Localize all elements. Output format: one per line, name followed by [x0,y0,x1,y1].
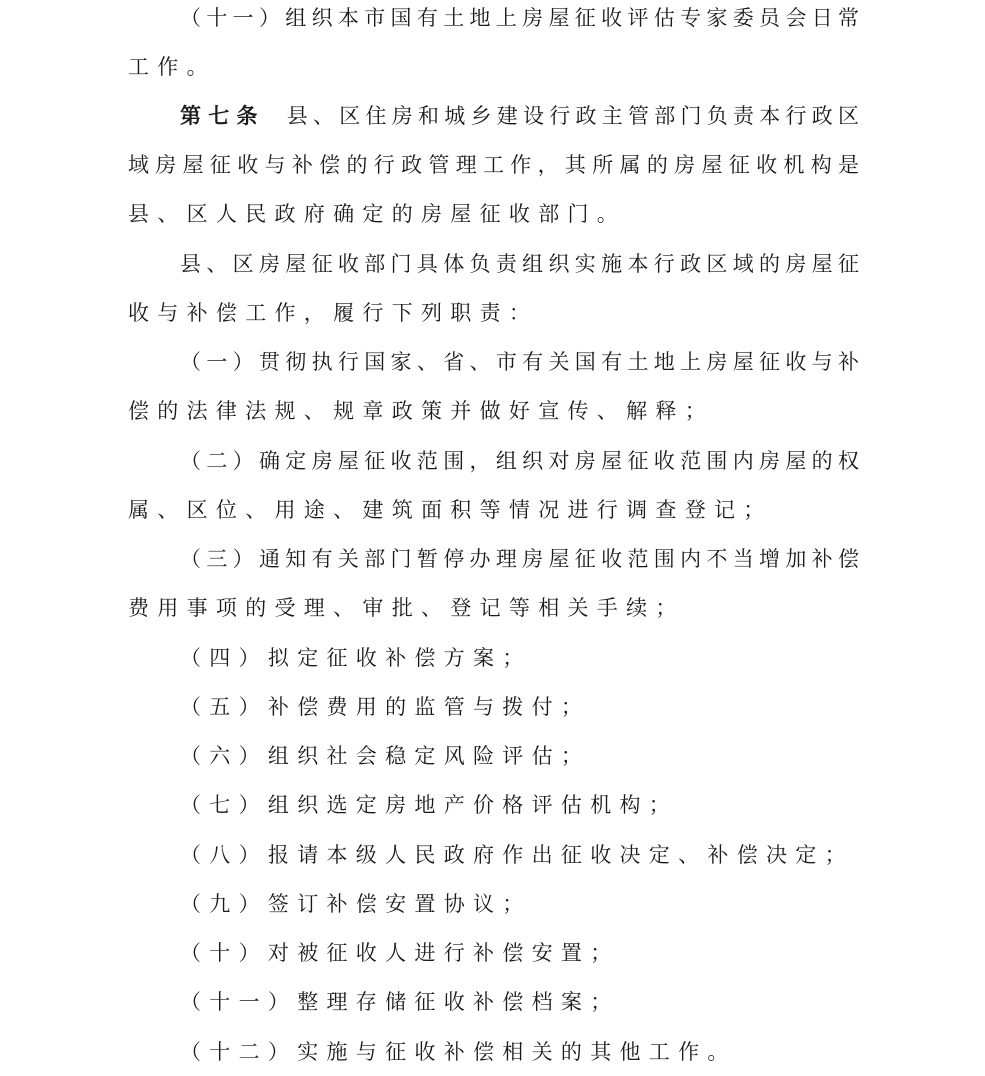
list-item-continuation: 费用事项的受理、审批、登记等相关手续； [128,593,685,623]
list-item-continuation: 属、区位、用途、建筑面积等情况进行调查登记； [128,495,773,525]
paragraph-line: 县、区房屋征收部门具体负责组织实施本行政区域的房屋征 [180,249,859,279]
paragraph-line: 域房屋征收与补偿的行政管理工作，其所属的房屋征收机构是 [128,150,859,180]
article-title: 第七条 [180,104,265,128]
paragraph-line: 县、区人民政府确定的房屋征收部门。 [128,199,626,229]
list-item: （十二）实施与征收补偿相关的其他工作。 [180,1037,737,1067]
list-item-continuation: 偿的法律法规、规章政策并做好宣传、解释； [128,396,714,426]
paragraph-line: 工作。 [128,52,216,82]
list-item: （三）通知有关部门暂停办理房屋征收范围内不当增加补偿 [180,544,859,574]
list-item: （五）补偿费用的监管与拨付； [180,692,590,722]
list-item: （十一）整理存储征收补偿档案； [180,987,620,1017]
paragraph-line: 收与补偿工作，履行下列职责： [128,298,538,328]
list-item: （二）确定房屋征收范围，组织对房屋征收范围内房屋的权 [180,446,859,476]
list-item: （十）对被征收人进行补偿安置； [180,938,620,968]
article-text: 县、区住房和城乡建设行政主管部门负责本行政区 [287,104,859,128]
paragraph-line: （十一）组织本市国有土地上房屋征收评估专家委员会日常 [180,3,859,33]
list-item: （六）组织社会稳定风险评估； [180,741,590,771]
list-item: （七）组织选定房地产价格评估机构； [180,790,678,820]
list-item: （八）报请本级人民政府作出征收决定、补偿决定； [180,840,854,870]
list-item: （四）拟定征收补偿方案； [180,643,532,673]
list-item: （九）签订补偿安置协议； [180,889,532,919]
list-item: （一）贯彻执行国家、省、市有关国有土地上房屋征收与补 [180,347,859,377]
article-heading-line: 第七条县、区住房和城乡建设行政主管部门负责本行政区 [180,101,859,131]
